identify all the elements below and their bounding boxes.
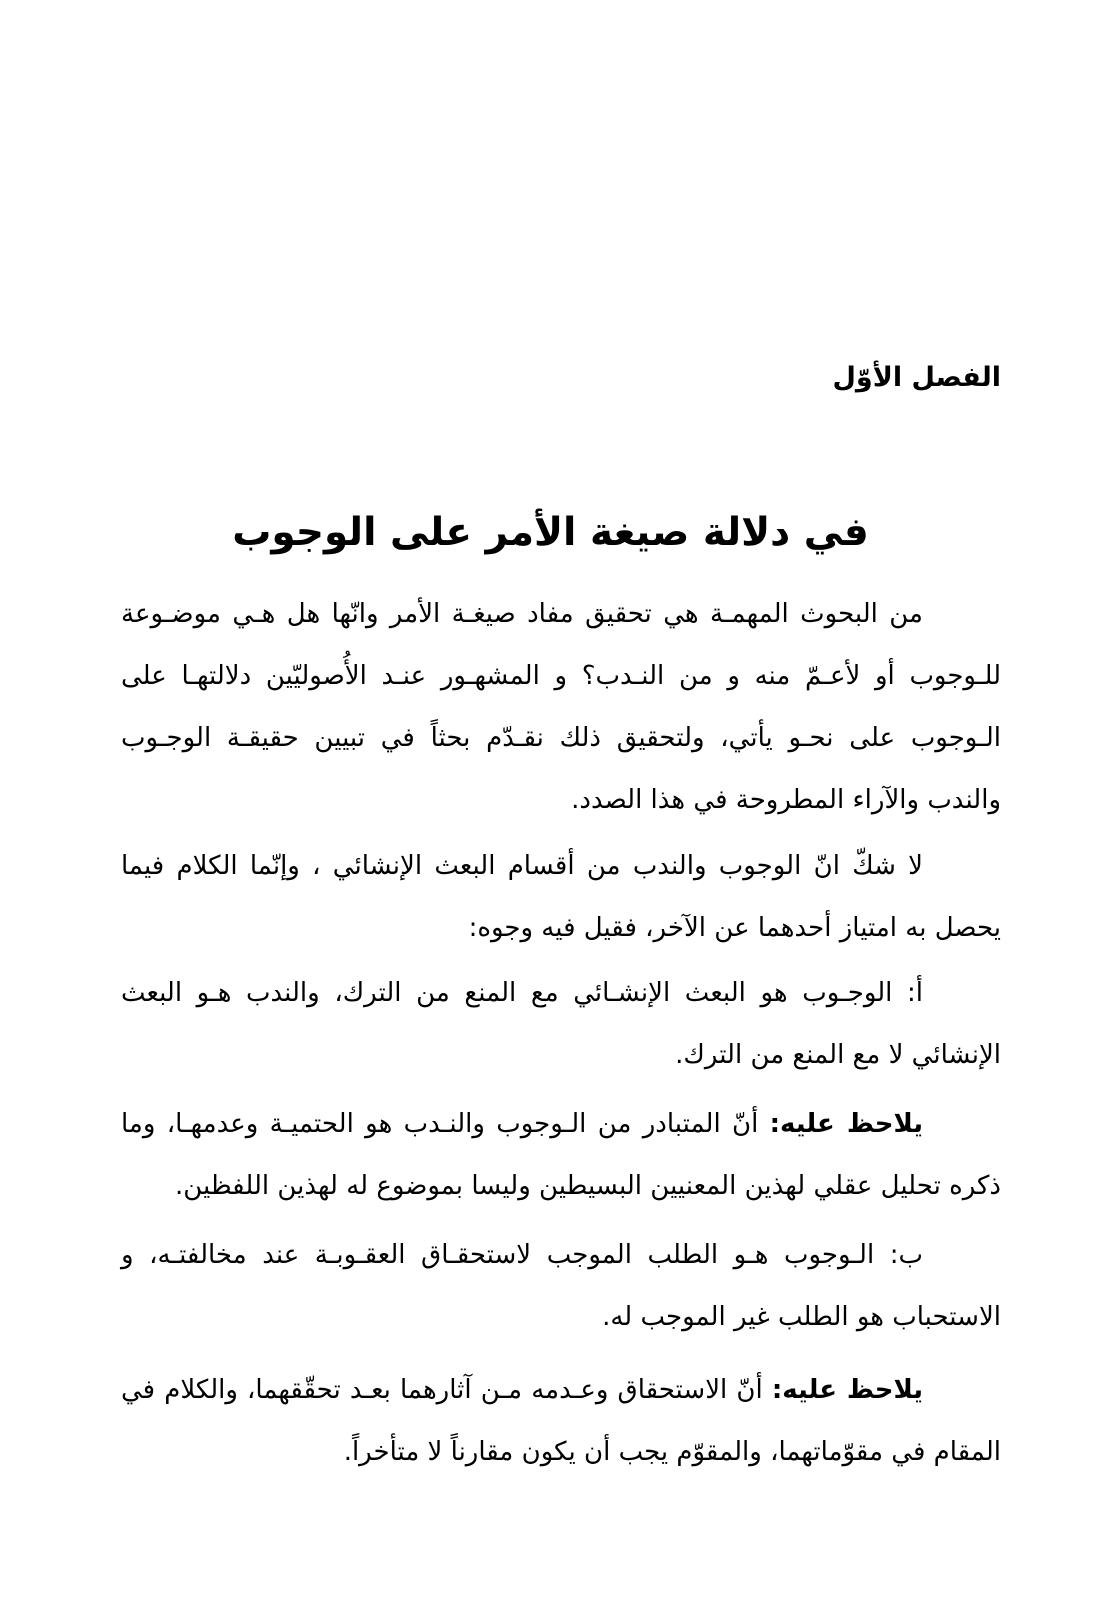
paragraph-3-line-1: أ: الوجـوب هو البعث الإنشـائي مع المنع م… [121,962,1001,1024]
note-lead: يلاحظ عليه: [770,1109,923,1139]
paragraph-1-line-4: والندب والآراء المطروحة في هذا الصدد. [121,769,1001,831]
paragraph-2-line-2: يحصل به امتياز أحدهما عن الآخر، فقيل فيه… [121,897,1001,959]
chapter-label: الفصل الأوّل [833,362,1002,393]
paragraph-5-line-2: الاستحباب هو الطلب غير الموجب له. [121,1286,1001,1348]
paragraph-2-line-1: لا شكّ انّ الوجوب والندب من أقسام البعث … [121,835,1001,897]
paragraph-4-line-1: يلاحظ عليه: أنّ المتبادر من الـوجوب والن… [121,1093,1001,1155]
paragraph-6-line-1: يلاحظ عليه: أنّ الاستحقاق وعـدمه مـن آثا… [121,1359,1001,1421]
paragraph-1-line-1: من البحوث المهمـة هي تحقيق مفاد صيغـة ال… [121,583,1001,645]
paragraph-1-line-3: الـوجوب على نحـو يأتي، ولتحقيق ذلك نقـدّ… [121,707,1001,769]
note-text: أنّ الاستحقاق وعـدمه مـن آثارهما بعـد تح… [121,1375,772,1405]
note-text: أنّ المتبادر من الـوجوب والنـدب هو الحتم… [121,1109,770,1139]
paragraph-6-line-2: المقام في مقوّماتهما، والمقوّم يجب أن يك… [121,1421,1001,1483]
book-page: الفصل الأوّل في دلالة صيغة الأمر على الو… [0,0,1101,1624]
note-lead: يلاحظ عليه: [772,1375,923,1405]
paragraph-1-line-2: للـوجوب أو لأعـمّ منه و من النـدب؟ و الم… [121,645,1001,707]
paragraph-5-line-1: ب: الـوجوب هـو الطلب الموجب لاستحقـاق ال… [121,1224,1001,1286]
paragraph-3-line-2: الإنشائي لا مع المنع من الترك. [121,1024,1001,1086]
chapter-title: في دلالة صيغة الأمر على الوجوب [0,510,1101,555]
paragraph-4-line-2: ذكره تحليل عقلي لهذين المعنيين البسيطين … [121,1155,1001,1217]
